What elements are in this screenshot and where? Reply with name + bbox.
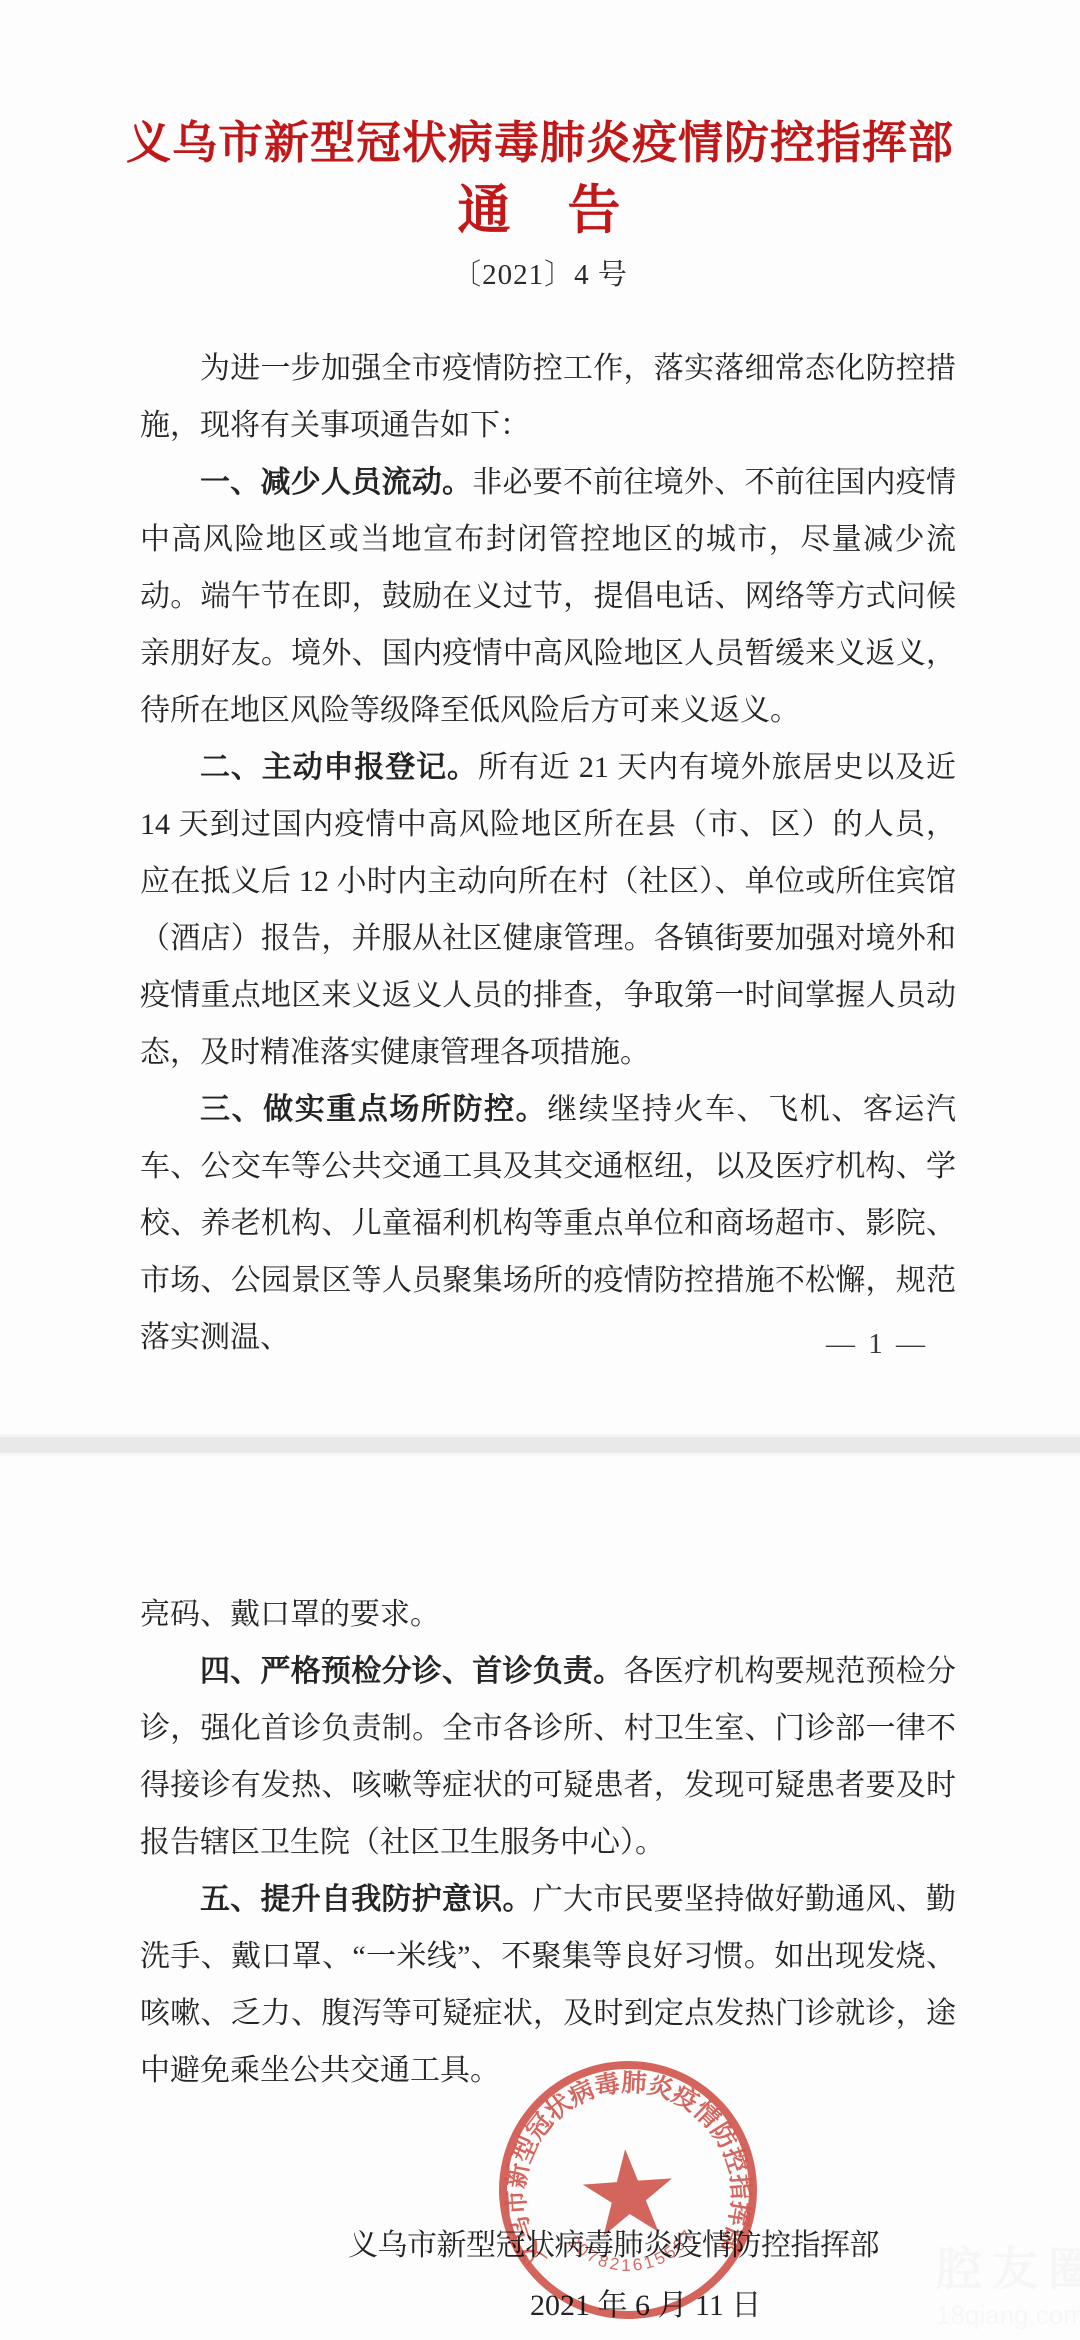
doc-title-line1: 义乌市新型冠状病毒肺炎疫情防控指挥部	[0, 118, 1080, 170]
watermark-text: 腔友圈	[936, 2246, 1080, 2292]
paragraph: 四、严格预检分诊、首诊负责。各医疗机构要规范预检分诊，强化首诊负责制。全市各诊所…	[140, 1643, 956, 1871]
section-heading-run: 一、减少人员流动。	[200, 466, 472, 499]
section-heading-run: 二、主动申报登记。	[200, 751, 478, 784]
body-text-run: 非必要不前往境外、不前往国内疫情中高风险地区或当地宣布封闭管控地区的城市，尽量减…	[140, 466, 956, 727]
body-text-run: 所有近 21 天内有境外旅居史以及近 14 天到过国内疫情中高风险地区所在县（市…	[140, 751, 956, 1069]
official-seal: 义乌市新型冠状病毒肺炎疫情防控指挥部 33078216155679	[494, 2056, 762, 2324]
page-divider	[0, 1434, 1080, 1456]
paragraph: 为进一步加强全市疫情防控工作，落实落细常态化防控措施，现将有关事项通告如下：	[140, 340, 956, 454]
section-heading-run: 五、提升自我防护意识。	[200, 1883, 533, 1916]
paragraph: 亮码、戴口罩的要求。	[140, 1586, 956, 1643]
document-viewer[interactable]: 义乌市新型冠状病毒肺炎疫情防控指挥部 通 告 〔2021〕4 号 为进一步加强全…	[0, 0, 1080, 2340]
watermark: 腔友圈 18qiang.com	[936, 2246, 1080, 2328]
section-heading-run: 四、严格预检分诊、首诊负责。	[200, 1655, 624, 1688]
page-number: — 1 —	[826, 1328, 928, 1361]
page1-body: 为进一步加强全市疫情防控工作，落实落细常态化防控措施，现将有关事项通告如下：一、…	[140, 340, 956, 1366]
body-text-run: 为进一步加强全市疫情防控工作，落实落细常态化防控措施，现将有关事项通告如下：	[140, 352, 956, 442]
doc-number: 〔2021〕4 号	[0, 252, 1080, 293]
paragraph: 三、做实重点场所防控。继续坚持火车、飞机、客运汽车、公交车等公共交通工具及其交通…	[140, 1081, 956, 1366]
page2-body: 亮码、戴口罩的要求。四、严格预检分诊、首诊负责。各医疗机构要规范预检分诊，强化首…	[140, 1586, 956, 2099]
doc-title-line2: 通 告	[0, 182, 1080, 240]
paragraph: 一、减少人员流动。非必要不前往境外、不前往国内疫情中高风险地区或当地宣布封闭管控…	[140, 454, 956, 739]
seal-star	[581, 2146, 676, 2237]
body-text-run: 亮码、戴口罩的要求。	[140, 1598, 440, 1631]
watermark-url: 18qiang.com	[936, 2302, 1080, 2328]
section-heading-run: 三、做实重点场所防控。	[200, 1093, 547, 1126]
paragraph: 二、主动申报登记。所有近 21 天内有境外旅居史以及近 14 天到过国内疫情中高…	[140, 739, 956, 1081]
body-text-run: 继续坚持火车、飞机、客运汽车、公交车等公共交通工具及其交通枢纽，以及医疗机构、学…	[140, 1093, 956, 1354]
